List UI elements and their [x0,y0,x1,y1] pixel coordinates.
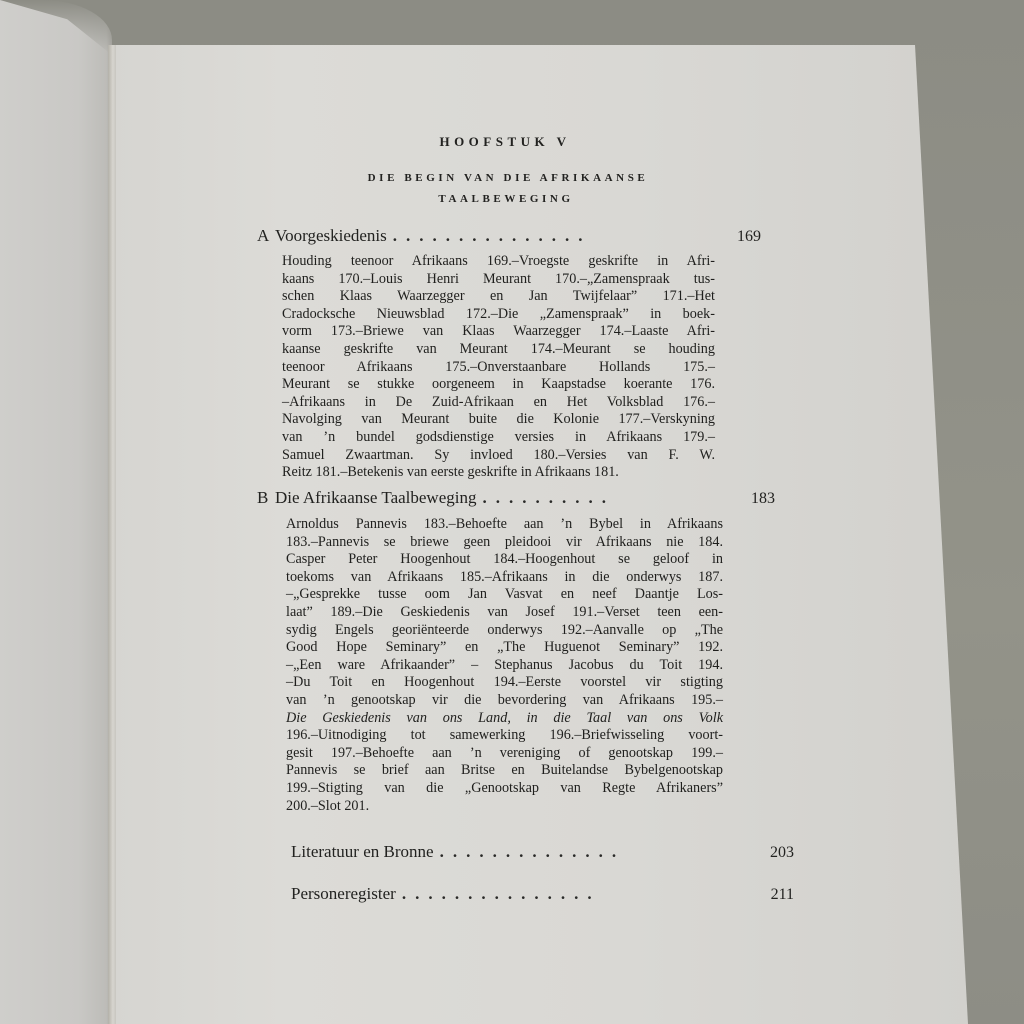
entry-title: Literatuur en Bronne [291,842,434,862]
summary-line: van ’n bundel godsdienstige versies in A… [282,429,715,447]
page-number: 169 [719,228,761,246]
section-b-summary: Arnoldus Pannevis 183.–Behoefte aan ’n B… [286,516,723,815]
summary-line: 183.–Pannevis se briewe geen pleidooi vi… [286,534,723,552]
summary-line: teenoor Afrikaans 175.–Onverstaanbare Ho… [282,359,715,377]
summary-line: Cradocksche Nieuwsblad 172.–Die „Zamensp… [282,306,715,324]
summary-line: Reitz 181.–Betekenis van eerste geskrift… [282,464,715,482]
summary-line: –„Een ware Afrikaander” – Stephanus Jaco… [286,657,723,675]
summary-line: van ’n genootskap vir die bevordering va… [286,692,723,710]
summary-line italic-line: Die Geskiedenis van ons Land, in die Taa… [286,710,723,728]
summary-line: sydig Engels georiënteerde onderwys 192.… [286,622,723,640]
section-letter: A [257,226,275,246]
summary-line: Samuel Zwaartman. Sy invloed 180.–Versie… [282,447,715,465]
summary-line: Pannevis se brief aan Britse en Buitelan… [286,762,723,780]
summary-line: schen Klaas Waarzegger en Jan Twijfelaar… [282,288,715,306]
summary-line: Navolging van Meurant buite die Kolonie … [282,411,715,429]
summary-line: 196.–Uitnodiging tot samewerking 196.–Br… [286,727,723,745]
page-number: 211 [752,886,794,904]
summary-line: –Du Toit en Hoogenhout 194.–Eerste voors… [286,674,723,692]
chapter-title-line-2: TAALBEWEGING [0,193,1018,205]
page-number: 183 [733,490,775,508]
summary-line: –„Gesprekke tusse oom Jan Vasvat en neef… [286,586,723,604]
summary-line: Houding teenoor Afrikaans 169.–Vroegste … [282,253,715,271]
summary-line: toekoms van Afrikaans 185.–Afrikaans in … [286,569,723,587]
summary-line: kaans 170.–Louis Henri Meurant 170.–„Zam… [282,271,715,289]
book-photo: HOOFSTUK V DIE BEGIN VAN DIE AFRIKAANSE … [0,0,1024,1024]
table-of-contents-page: HOOFSTUK V DIE BEGIN VAN DIE AFRIKAANSE … [0,0,1024,1024]
entry-title: Personeregister [291,884,396,904]
summary-line: Meurant se stukke oorgeneem in Kaapstads… [282,376,715,394]
section-title: Voorgeskiedenis [275,226,387,246]
toc-entry-section-a: A Voorgeskiedenis ............... 169 [257,226,761,246]
summary-line: Good Hope Seminary” en „The Huguenot Sem… [286,639,723,657]
section-title: Die Afrikaanse Taalbeweging [275,488,476,508]
section-a-summary: Houding teenoor Afrikaans 169.–Vroegste … [282,253,715,482]
summary-line: 199.–Stigting van die „Genootskap van Re… [286,780,723,798]
dot-leader: ............... [396,884,752,904]
chapter-label: HOOFSTUK V [0,134,1017,150]
page-number: 203 [752,844,794,862]
summary-line: 200.–Slot 201. [286,798,723,816]
toc-entry-literature: Literatuur en Bronne .............. 203 [291,842,794,862]
dot-leader: ............... [387,226,719,246]
section-letter: B [257,488,275,508]
summary-line: gesit 197.–Behoefte aan ’n vereniging of… [286,745,723,763]
summary-line: laat” 189.–Die Geskiedenis van Josef 191… [286,604,723,622]
dot-leader: .............. [434,842,752,862]
summary-line: –Afrikaans in De Zuid-Afrikaan en Het Vo… [282,394,715,412]
toc-entry-section-b: B Die Afrikaanse Taalbeweging ..........… [257,488,775,508]
dot-leader: .......... [476,488,733,508]
chapter-title-line-1: DIE BEGIN VAN DIE AFRIKAANSE [0,172,1020,184]
summary-line: Arnoldus Pannevis 183.–Behoefte aan ’n B… [286,516,723,534]
summary-line: Casper Peter Hoogenhout 184.–Hoogenhout … [286,551,723,569]
summary-line: kaanse geskrifte van Meurant 174.–Meuran… [282,341,715,359]
toc-entry-personeregister: Personeregister ............... 211 [291,884,794,904]
summary-line: vorm 173.–Briewe van Klaas Waarzegger 17… [282,323,715,341]
